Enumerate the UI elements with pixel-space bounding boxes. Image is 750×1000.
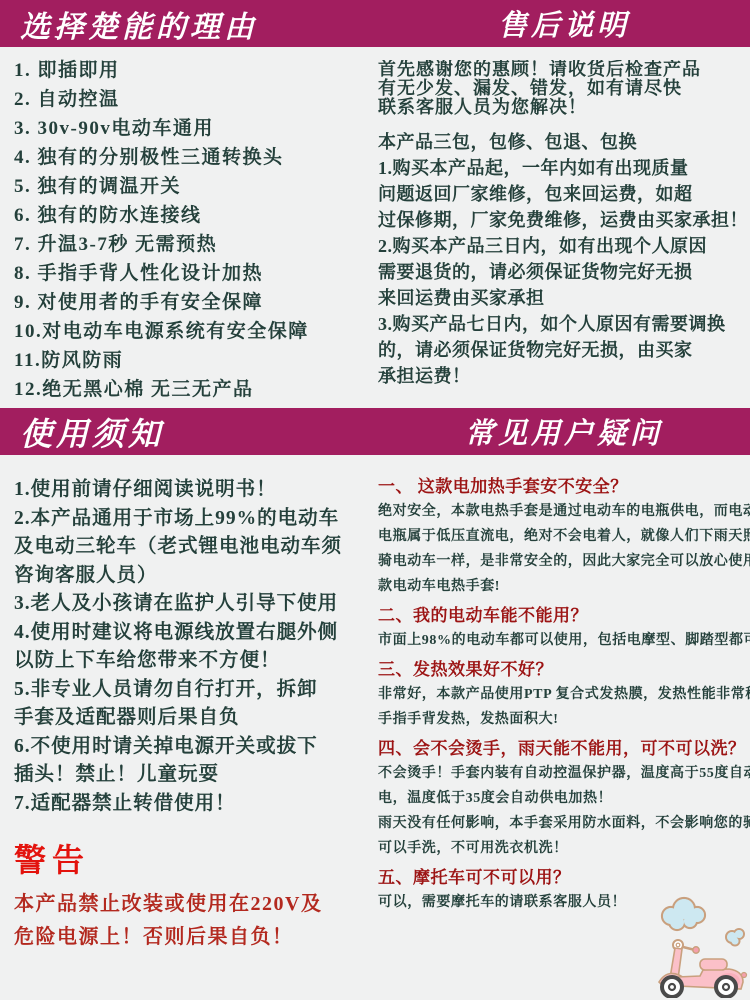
after-sales-policy-line: 2.购买本产品三日内，如有出现个人原因 — [378, 233, 750, 259]
faq-item: 二、我的电动车能不能用？ 市面上98%的电动车都可以使用，包括电摩型、脚踏型都可… — [378, 604, 750, 653]
reason-list-item: 6. 独有的防水连接线 — [14, 201, 370, 230]
reason-list-item: 7. 升温3-7秒 无需预热 — [14, 230, 370, 259]
reason-list-item: 9. 对使用者的手有安全保障 — [14, 288, 370, 317]
after-sales-policy-line: 1.购买本产品起，一年内如有出现质量 — [378, 155, 750, 181]
faq-question: 一、 这款电加热手套安不安全？ — [378, 475, 750, 499]
reason-list-item: 1. 即插即用 — [14, 56, 370, 85]
usage-notes-list: 1.使用前请仔细阅读说明书！2.本产品通用于市场上99%的电动车及电动三轮车（老… — [14, 476, 370, 818]
after-sales-intro-line: 联系客服人员为您解决！ — [378, 98, 750, 117]
after-sales-policy: 本产品三包，包修、包退、包换1.购买本产品起，一年内如有出现质量问题返回厂家维修… — [378, 129, 750, 389]
after-sales-intro: 首先感谢您的惠顾！请收货后检查产品有无少发、漏发、错发，如有请尽快联系客服人员为… — [378, 60, 750, 117]
reason-list-item: 3. 30v-90v电动车通用 — [14, 114, 370, 143]
usage-note-line: 3.老人及小孩请在监护人引导下使用 — [14, 590, 370, 619]
warning-line: 危险电源上！否则后果自负！ — [14, 921, 370, 954]
section-title-after-sales: 售后说明 — [378, 0, 750, 47]
warning-line: 本产品禁止改装或使用在220V及 — [14, 888, 370, 921]
usage-note-line: 及电动三轮车（老式锂电池电动车须 — [14, 533, 370, 562]
faq-item: 一、 这款电加热手套安不安全？ 绝对安全，本款电热手套是通过电动车的电瓶供电，而… — [378, 475, 750, 599]
after-sales-section: 首先感谢您的惠顾！请收货后检查产品有无少发、漏发、错发，如有请尽快联系客服人员为… — [378, 60, 750, 406]
faq-question: 四、会不会烫手，雨天能不能用，可不可以洗？ — [378, 737, 750, 761]
faq-answer-line: 市面上98%的电动车都可以使用，包括电摩型、脚踏型都可以! — [378, 628, 750, 653]
reason-list-item: 8. 手指手背人性化设计加热 — [14, 259, 370, 288]
after-sales-policy-line: 过保修期，厂家免费维修，运费由买家承担！ — [378, 207, 750, 233]
faq-answer-line: 非常好，本款产品使用PTP 复合式发热膜，发热性能非常稳定 — [378, 682, 750, 707]
usage-notes-section: 1.使用前请仔细阅读说明书！2.本产品通用于市场上99%的电动车及电动三轮车（老… — [14, 476, 370, 1000]
scooter-icon — [642, 885, 748, 998]
usage-note-line: 咨询客服人员） — [14, 562, 370, 591]
faq-item: 三、发热效果好不好？ 非常好，本款产品使用PTP 复合式发热膜，发热性能非常稳定… — [378, 658, 750, 732]
after-sales-policy-line: 本产品三包，包修、包退、包换 — [378, 129, 750, 155]
reason-list-item: 4. 独有的分别极性三通转换头 — [14, 143, 370, 172]
faq-answer-line: 雨天没有任何影响，本手套采用防水面料，不会影响您的骑行 — [378, 811, 750, 836]
after-sales-policy-line: 来回运费由买家承担 — [378, 285, 750, 311]
header-band-middle: 使用须知 常见用户疑问 — [0, 408, 750, 455]
reason-list-item: 10.对电动车电源系统有安全保障 — [14, 317, 370, 346]
faq-answer: 不会烫手！手套内装有自动控温保护器，温度高于55度自动断电，温度低于35度会自动… — [378, 761, 750, 861]
after-sales-policy-line: 问题返回厂家维修，包来回运费，如超 — [378, 181, 750, 207]
faq-answer: 绝对安全，本款电热手套是通过电动车的电瓶供电，而电动车电瓶属于低压直流电，绝对不… — [378, 499, 750, 599]
usage-note-line: 7.适配器禁止转借使用！ — [14, 790, 370, 819]
section-title-usage-notes: 使用须知 — [20, 408, 164, 455]
usage-note-line: 1.使用前请仔细阅读说明书！ — [14, 476, 370, 505]
after-sales-policy-line: 的，请必须保证货物完好无损，由买家 — [378, 337, 750, 363]
warning-text: 本产品禁止改装或使用在220V及危险电源上！否则后果自负！ — [14, 888, 370, 954]
header-band-top: 选择楚能的理由 售后说明 — [0, 0, 750, 47]
after-sales-policy-line: 承担运费！ — [378, 363, 750, 389]
faq-answer: 市面上98%的电动车都可以使用，包括电摩型、脚踏型都可以! — [378, 628, 750, 653]
faq-answer-line: 骑电动车一样，是非常安全的，因此大家完全可以放心使用本 — [378, 549, 750, 574]
after-sales-intro-line: 有无少发、漏发、错发，如有请尽快 — [378, 79, 750, 98]
faq-answer-line: 款电动车电热手套! — [378, 574, 750, 599]
section-title-reasons: 选择楚能的理由 — [20, 0, 258, 47]
faq-answer-line: 不会烫手！手套内装有自动控温保护器，温度高于55度自动断 — [378, 761, 750, 786]
faq-answer: 非常好，本款产品使用PTP 复合式发热膜，发热性能非常稳定手指手背发热，发热面积… — [378, 682, 750, 732]
reason-list-item: 2. 自动控温 — [14, 85, 370, 114]
reason-list-item: 5. 独有的调温开关 — [14, 172, 370, 201]
usage-note-line: 6.不使用时请关掉电源开关或拔下 — [14, 733, 370, 762]
faq-item: 四、会不会烫手，雨天能不能用，可不可以洗？ 不会烫手！手套内装有自动控温保护器，… — [378, 737, 750, 861]
scooter-illustration — [642, 885, 748, 998]
usage-note-line: 4.使用时建议将电源线放置右腿外侧 — [14, 619, 370, 648]
faq-question: 三、发热效果好不好？ — [378, 658, 750, 682]
after-sales-policy-line: 3.购买产品七日内，如个人原因有需要调换 — [378, 311, 750, 337]
product-description-page: 1. 即插即用2. 自动控温3. 30v-90v电动车通用4. 独有的分别极性三… — [0, 0, 750, 1000]
section-title-faq: 常见用户疑问 — [378, 408, 750, 455]
usage-note-line: 插头！禁止！儿童玩耍 — [14, 761, 370, 790]
after-sales-policy-line: 需要退货的，请必须保证货物完好无损 — [378, 259, 750, 285]
faq-answer-line: 电，温度低于35度会自动供电加热！ — [378, 786, 750, 811]
usage-note-line: 2.本产品通用于市场上99%的电动车 — [14, 505, 370, 534]
usage-note-line: 手套及适配器则后果自负 — [14, 704, 370, 733]
usage-note-line: 以防上下车给您带来不方便！ — [14, 647, 370, 676]
faq-answer-line: 可以手洗，不可用洗衣机洗！ — [378, 836, 750, 861]
reason-list-item: 12.绝无黑心棉 无三无产品 — [14, 375, 370, 404]
faq-answer-line: 电瓶属于低压直流电，绝对不会电着人，就像人们下雨天照样 — [378, 524, 750, 549]
reasons-list: 1. 即插即用2. 自动控温3. 30v-90v电动车通用4. 独有的分别极性三… — [14, 56, 370, 406]
usage-note-line: 5.非专业人员请勿自行打开，拆卸 — [14, 676, 370, 705]
faq-question: 二、我的电动车能不能用？ — [378, 604, 750, 628]
after-sales-intro-line: 首先感谢您的惠顾！请收货后检查产品 — [378, 60, 750, 79]
faq-answer-line: 手指手背发热，发热面积大! — [378, 707, 750, 732]
faq-answer-line: 绝对安全，本款电热手套是通过电动车的电瓶供电，而电动车 — [378, 499, 750, 524]
warning-title: 警告 — [14, 838, 370, 882]
reason-list-item: 11.防风防雨 — [14, 346, 370, 375]
